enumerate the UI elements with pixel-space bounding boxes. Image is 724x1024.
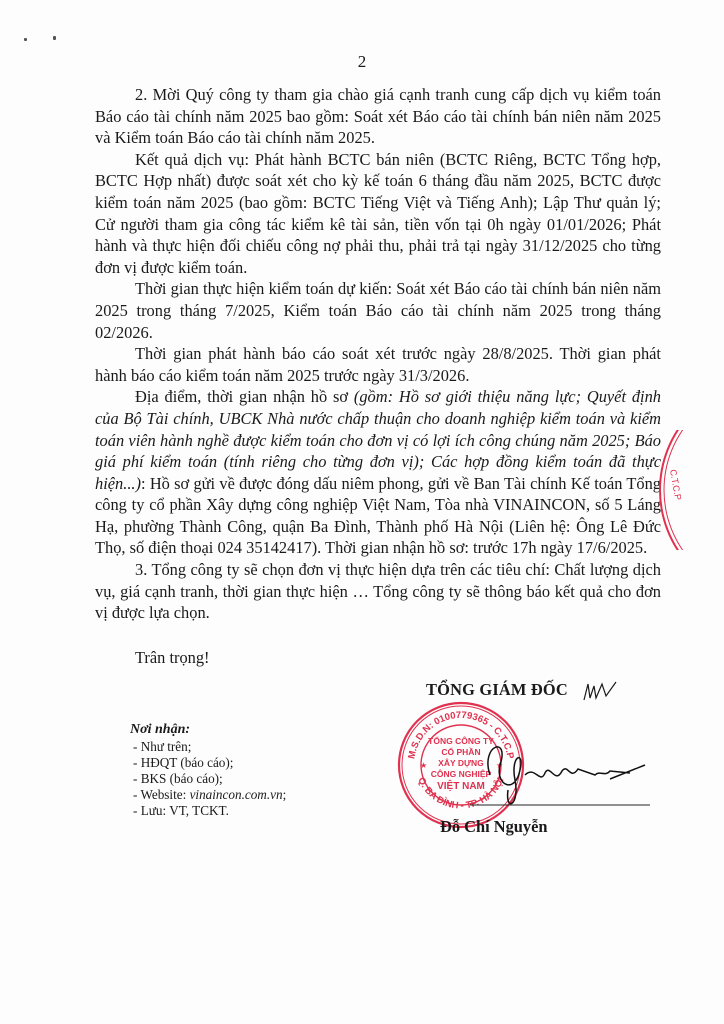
recipient-item: - Lưu: VT, TCKT. <box>130 803 286 819</box>
recipients-block: Nơi nhận: - Như trên; - HĐQT (báo cáo); … <box>130 722 286 819</box>
letter-body: 2. Mời Quý công ty tham gia chào giá cạn… <box>95 84 661 624</box>
scan-speck <box>24 38 27 41</box>
recipient-item: - Như trên; <box>130 739 286 755</box>
signer-title: TỔNG GIÁM ĐỐC <box>426 680 568 700</box>
paragraph-service-results: Kết quả dịch vụ: Phát hành BCTC bán niên… <box>95 149 661 279</box>
scan-speck <box>53 36 56 40</box>
initials-mark <box>580 678 620 706</box>
paragraph-schedule: Thời gian thực hiện kiểm toán dự kiến: S… <box>95 278 661 343</box>
paragraph-submission: Địa điểm, thời gian nhận hồ sơ (gồm: Hồ … <box>95 386 661 559</box>
svg-text:C.T.C.P: C.T.C.P <box>668 469 683 501</box>
svg-text:★: ★ <box>420 761 427 770</box>
edge-stamp-fragment: C.T.C.P <box>640 430 724 550</box>
recipient-item: - Website: vinaincon.com.vn; <box>130 787 286 803</box>
paragraph-invitation: 2. Mời Quý công ty tham gia chào giá cạn… <box>95 84 661 149</box>
signer-name: Đỗ Chí Nguyễn <box>440 817 547 837</box>
recipients-title: Nơi nhận: <box>130 722 286 738</box>
recipient-item: - HĐQT (báo cáo); <box>130 755 286 771</box>
paragraph-selection-criteria: 3. Tổng công ty sẽ chọn đơn vị thực hiện… <box>95 559 661 624</box>
recipient-item: - BKS (báo cáo); <box>130 771 286 787</box>
closing-salutation: Trân trọng! <box>135 648 210 668</box>
page-number: 2 <box>0 52 724 72</box>
paragraph-report-deadline: Thời gian phát hành báo cáo soát xét trư… <box>95 343 661 386</box>
document-page: 2 2. Mời Quý công ty tham gia chào giá c… <box>0 0 724 1024</box>
handwritten-signature <box>470 735 650 815</box>
website-link: vinaincon.com.vn <box>190 787 283 802</box>
